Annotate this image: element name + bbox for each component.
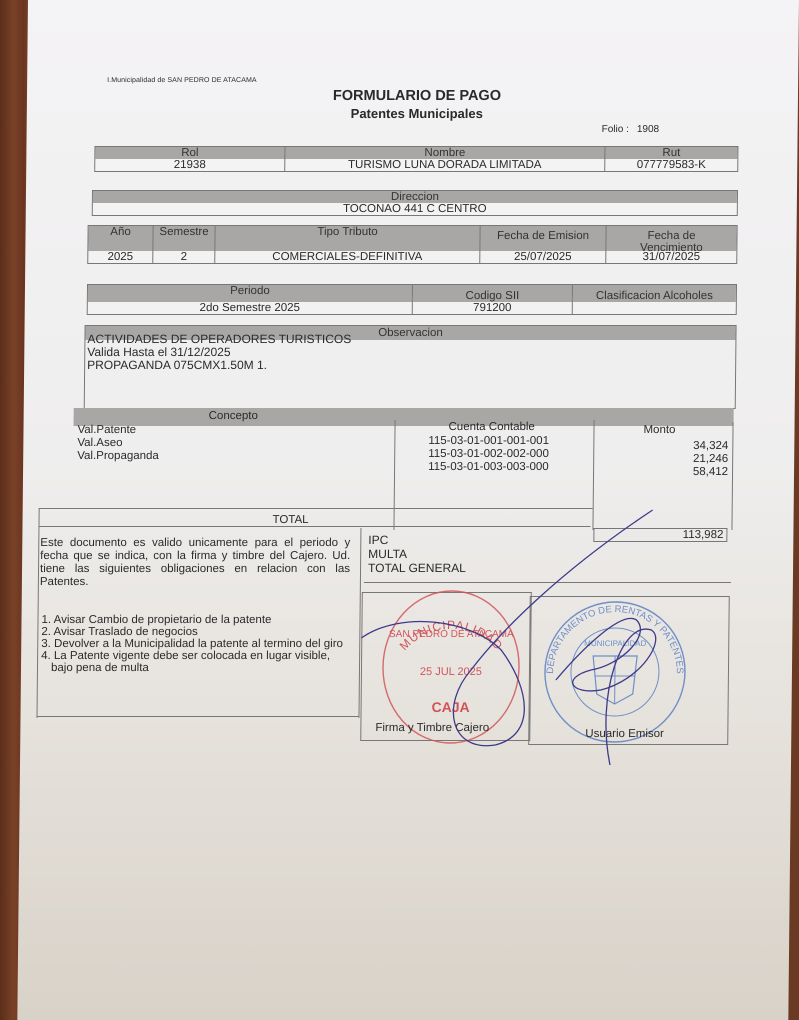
cuenta-item: 115-03-01-003-003-000 — [428, 461, 549, 474]
anio-header: Año — [88, 226, 153, 251]
obligation-item: 4. La Patente vigente debe ser colocada … — [41, 650, 351, 674]
semestre-value: 2 — [153, 251, 215, 263]
address-table: Direccion TOCONAO 441 C CENTRO — [92, 190, 738, 216]
concepts-header-bar — [74, 408, 734, 426]
nombre-value: TURISMO LUNA DORADA LIMITADA — [285, 159, 605, 171]
cuenta-header: Cuenta Contable — [448, 421, 534, 434]
folio-value: 1908 — [637, 124, 659, 135]
observacion-box: Observacion ACTIVIDADES DE OPERADORES TU… — [84, 325, 737, 409]
obligation-item: 1. Avisar Cambio de propietario de la pa… — [41, 614, 351, 626]
emision-header: Fecha de Emision — [480, 226, 606, 251]
payment-form-document: I.Municipalidad de SAN PEDRO DE ATACAMA … — [17, 0, 799, 1020]
tipo-header: Tipo Tributo — [215, 226, 480, 251]
anio-value: 2025 — [88, 251, 153, 263]
cuenta-item: 115-03-01-001-001-001 — [428, 435, 549, 448]
left-border — [36, 508, 39, 718]
vencimiento-header: Fecha de Vencimiento — [606, 226, 736, 251]
period-table: Periodo Codigo SII Clasificacion Alcohol… — [87, 284, 737, 315]
taxpayer-table: Rol Nombre Rut 21938 TURISMO LUNA DORADA… — [94, 146, 738, 172]
folio: Folio :1908 — [602, 124, 660, 135]
folio-label: Folio : — [602, 124, 629, 135]
concepto-header: Concepto — [209, 410, 258, 423]
monto-header: Monto — [643, 424, 675, 437]
concepto-item: Val.Patente — [77, 424, 159, 437]
emision-value: 25/07/2025 — [480, 251, 606, 263]
form-title: FORMULARIO DE PAGO — [277, 88, 557, 104]
cuenta-list: 115-03-01-001-001-001 115-03-01-002-002-… — [428, 435, 549, 474]
codigo-sii-value: 791200 — [413, 302, 573, 314]
alcoholes-header: Clasificacion Alcoholes — [573, 285, 736, 302]
form-subtitle: Patentes Municipales — [277, 106, 557, 121]
nombre-header: Nombre — [285, 147, 605, 159]
obligation-item: 3. Devolver a la Municipalidad la patent… — [41, 638, 351, 650]
monto-item: 34,324 — [663, 440, 728, 453]
alcoholes-value — [573, 302, 736, 314]
rut-header: Rut — [605, 147, 737, 159]
tipo-value: COMERCIALES-DEFINITIVA — [215, 251, 480, 263]
vencimiento-value: 31/07/2025 — [606, 251, 736, 263]
periodo-header: Periodo — [88, 285, 413, 302]
monto-item: 21,246 — [663, 453, 728, 466]
observacion-line: PROPAGANDA 075CMX1.50M 1. — [87, 359, 733, 372]
concepto-item: Val.Propaganda — [77, 450, 159, 463]
direccion-header: Direccion — [93, 191, 737, 203]
periodo-value: 2do Semestre 2025 — [88, 302, 413, 314]
monto-list: 34,324 21,246 58,412 — [663, 440, 728, 479]
rut-value: 077779583-K — [605, 159, 737, 171]
semestre-header: Semestre — [153, 226, 215, 251]
concepto-list: Val.Patente Val.Aseo Val.Propaganda — [77, 424, 159, 463]
monto-item: 58,412 — [663, 466, 728, 479]
handwritten-signature — [320, 490, 743, 780]
codigo-sii-header: Codigo SII — [413, 285, 573, 302]
validity-notice: Este documento es valido unicamente para… — [40, 537, 351, 589]
obligations-list: 1. Avisar Cambio de propietario de la pa… — [41, 614, 352, 674]
concepto-item: Val.Aseo — [77, 437, 159, 450]
direccion-value: TOCONAO 441 C CENTRO — [93, 203, 737, 215]
notice-bottom-line — [36, 716, 359, 717]
rol-value: 21938 — [95, 159, 285, 171]
rol-header: Rol — [95, 147, 285, 159]
obligation-item: 2. Avisar Traslado de negocios — [41, 626, 351, 638]
institution-name: I.Municipalidad de SAN PEDRO DE ATACAMA — [107, 77, 257, 84]
cuenta-item: 115-03-01-002-002-000 — [428, 448, 549, 461]
tax-info-table: Año Semestre Tipo Tributo Fecha de Emisi… — [87, 225, 737, 264]
